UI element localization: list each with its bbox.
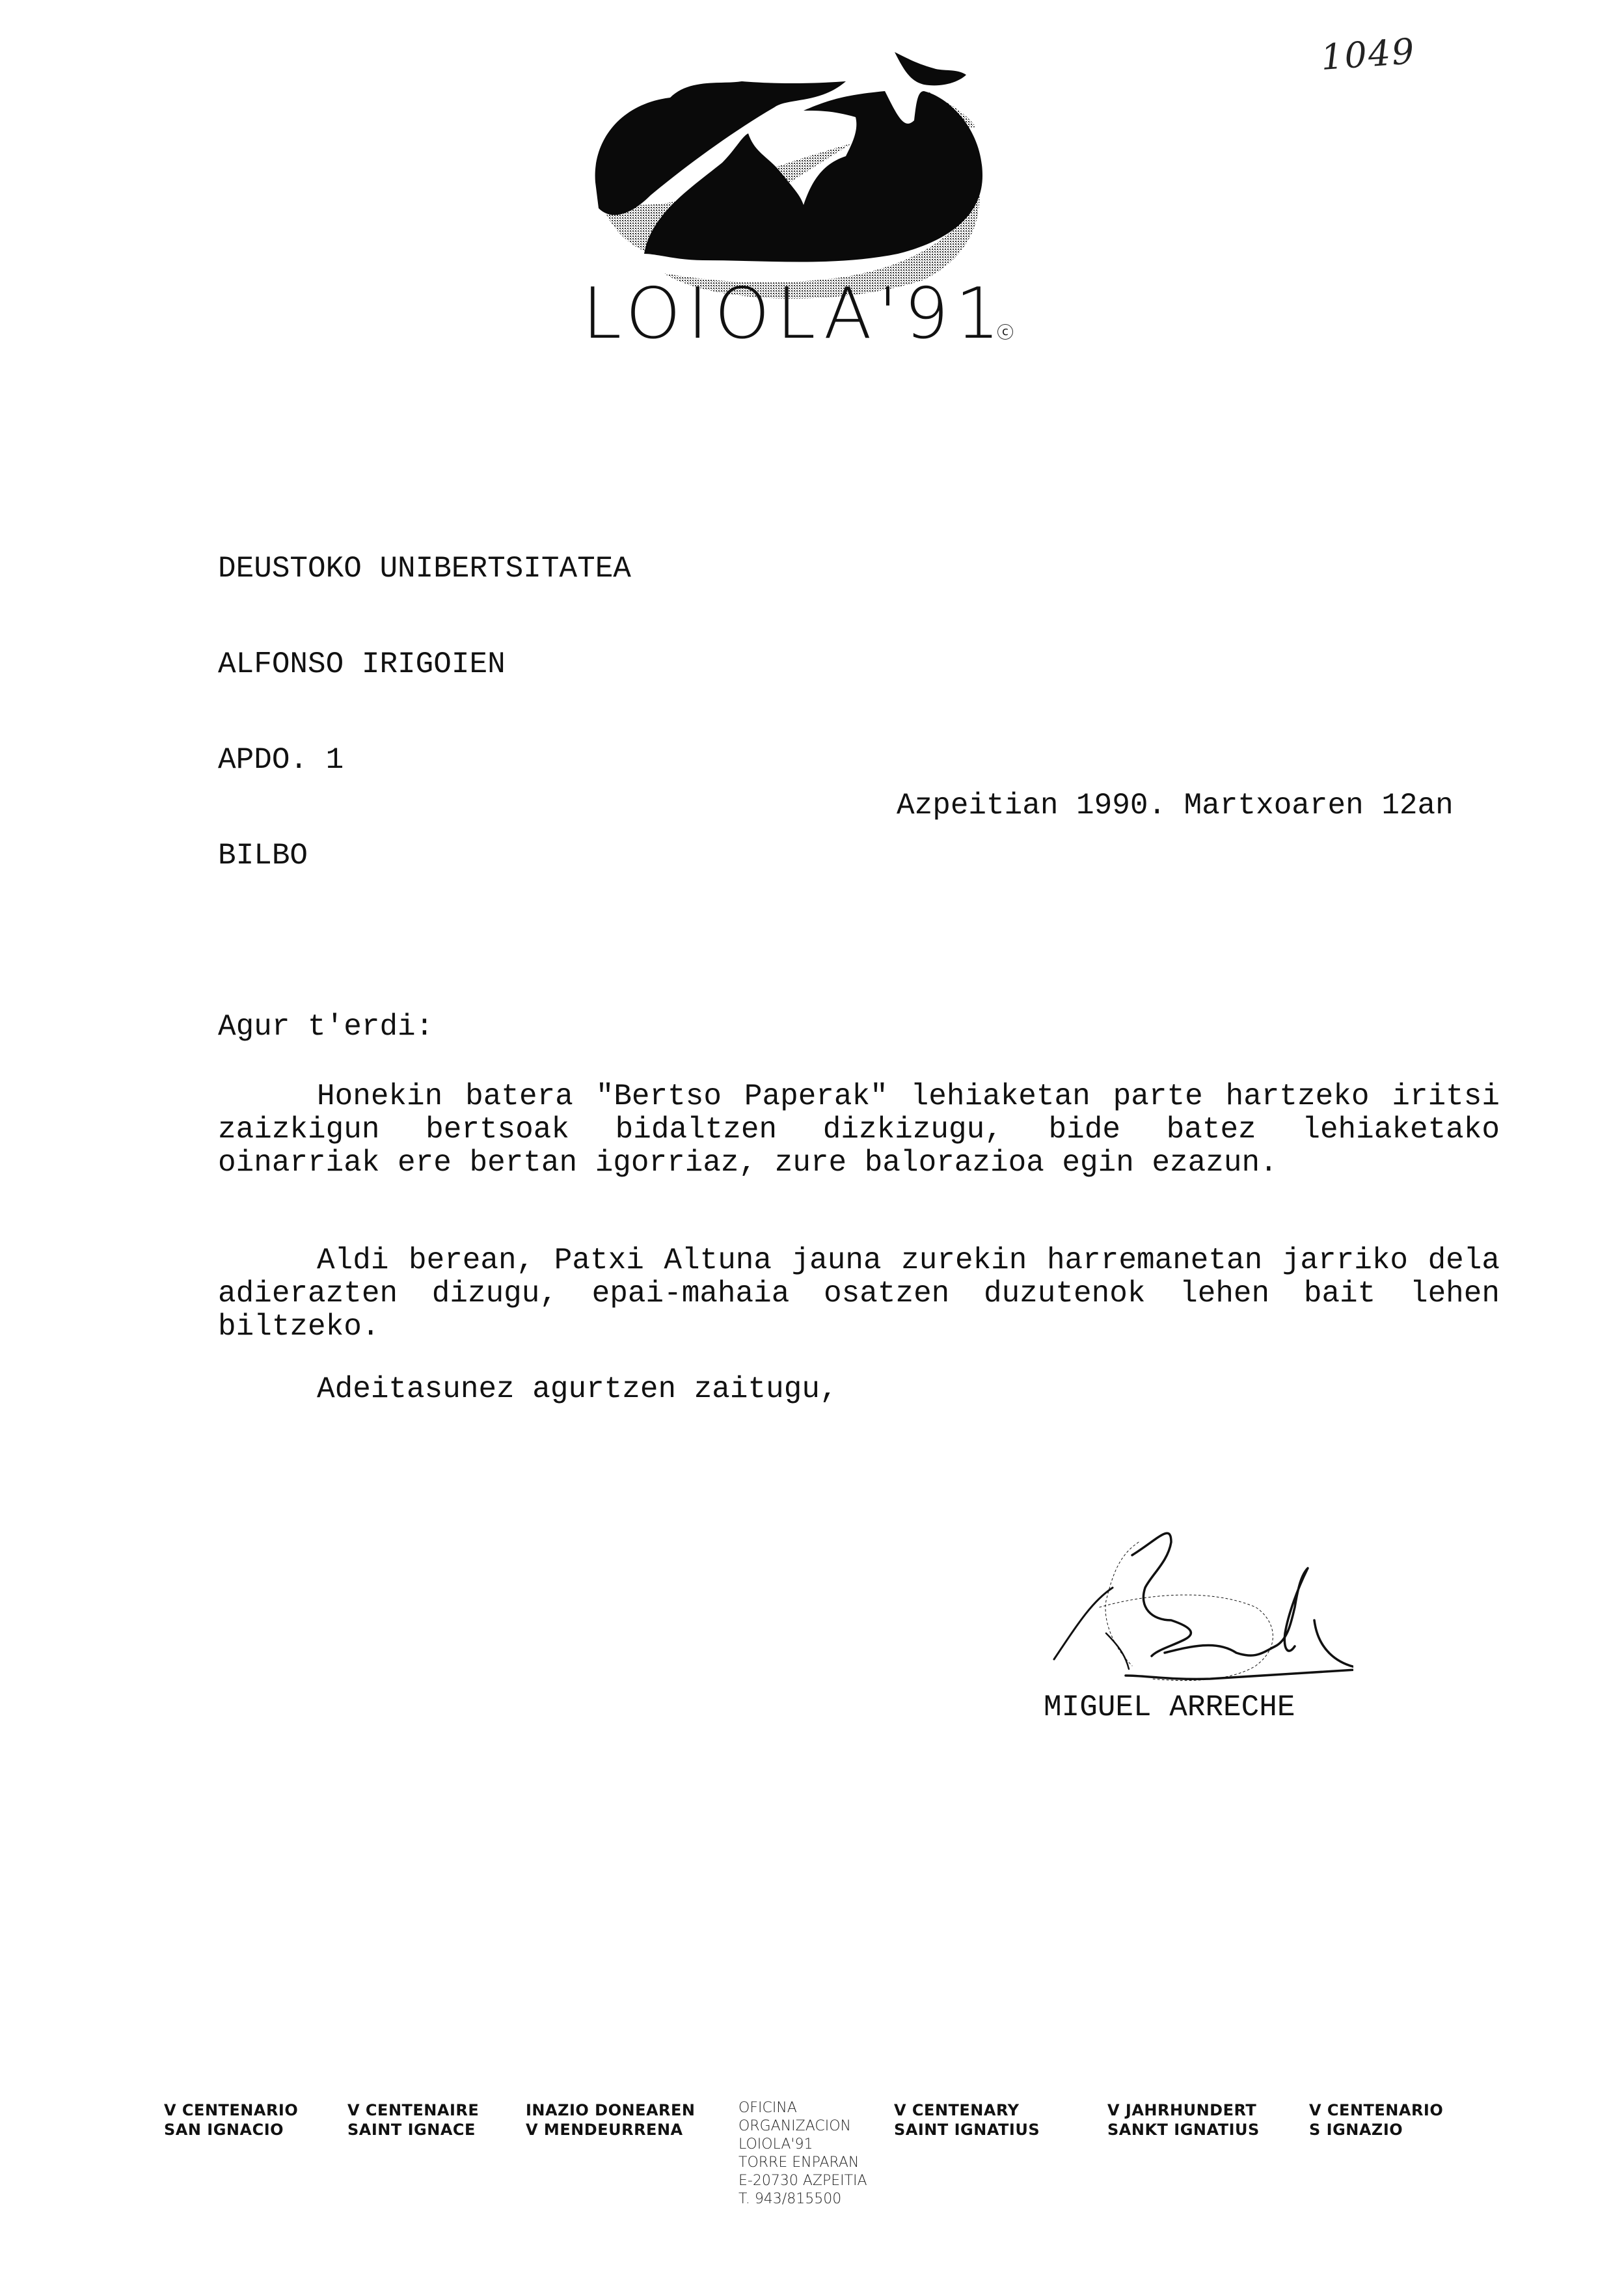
footer-line: S IGNAZIO [1309, 2120, 1443, 2139]
footer-line: SAINT IGNATIUS [894, 2120, 1040, 2139]
footer-line: SANKT IGNATIUS [1107, 2120, 1260, 2139]
footer-column-german: V JAHRHUNDERT SANKT IGNATIUS [1107, 2100, 1260, 2139]
office-line: ORGANIZACION [738, 2117, 867, 2136]
footer-line: V MENDEURRENA [526, 2120, 696, 2139]
recipient-line: ALFONSO IRIGOIEN [218, 649, 631, 681]
footer-column-english: V CENTENARY SAINT IGNATIUS [894, 2100, 1040, 2139]
closing-line: Adeitasunez agurtzen zaitugu, [218, 1373, 1500, 1406]
office-line: TORRE ENPARAN [738, 2154, 867, 2172]
footer-line: INAZIO DONEAREN [526, 2100, 696, 2120]
footer-column-basque: INAZIO DONEAREN V MENDEURRENA [526, 2100, 696, 2139]
greeting: Agur t'erdi: [218, 1010, 433, 1044]
date-line: Azpeitian 1990. Martxoaren 12an [897, 789, 1454, 822]
office-line: E-20730 AZPEITIA [738, 2172, 867, 2190]
body-paragraph-2: Aldi berean, Patxi Altuna jauna zurekin … [218, 1244, 1500, 1344]
footer-line: V CENTENARY [894, 2100, 1040, 2120]
footer-line: V CENTENARIO [164, 2100, 298, 2120]
paragraph-text: Adeitasunez agurtzen zaitugu, [317, 1372, 838, 1406]
logo-text: LOIOLA'91 [582, 273, 1007, 355]
loiola-logo [573, 46, 1028, 306]
paragraph-text: Honekin batera "Bertso Paperak" lehiaket… [218, 1080, 1500, 1180]
recipient-line: APDO. 1 [218, 744, 631, 776]
body-paragraph-1: Honekin batera "Bertso Paperak" lehiaket… [218, 1080, 1500, 1180]
office-line: LOIOLA'91 [738, 2136, 867, 2154]
footer-line: SAINT IGNACE [347, 2120, 479, 2139]
footer-column-italian: V CENTENARIO S IGNAZIO [1309, 2100, 1443, 2139]
footer-office-address: OFICINA ORGANIZACION LOIOLA'91 TORRE ENP… [738, 2099, 867, 2208]
logo-graphic-icon [573, 46, 1028, 306]
footer-line: V CENTENARIO [1309, 2100, 1443, 2120]
footer-line: V CENTENAIRE [347, 2100, 479, 2120]
recipient-line: BILBO [218, 840, 631, 872]
paragraph-text: Aldi berean, Patxi Altuna jauna zurekin … [218, 1243, 1500, 1344]
office-line: T. 943/815500 [738, 2190, 867, 2208]
footer-line: V JAHRHUNDERT [1107, 2100, 1260, 2120]
recipient-address: DEUSTOKO UNIBERTSITATEA ALFONSO IRIGOIEN… [218, 489, 631, 904]
footer-column-french: V CENTENAIRE SAINT IGNACE [347, 2100, 479, 2139]
copyright-icon: c [997, 324, 1013, 340]
signatory-name: MIGUEL ARRECHE [1044, 1691, 1295, 1724]
office-line: OFICINA [738, 2099, 867, 2117]
recipient-line: DEUSTOKO UNIBERTSITATEA [218, 553, 631, 585]
footer-line: SAN IGNACIO [164, 2120, 298, 2139]
footer-column-spanish: V CENTENARIO SAN IGNACIO [164, 2100, 298, 2139]
signature [1041, 1516, 1353, 1685]
archive-number: 1049 [1319, 31, 1416, 78]
signature-icon [1041, 1516, 1353, 1685]
